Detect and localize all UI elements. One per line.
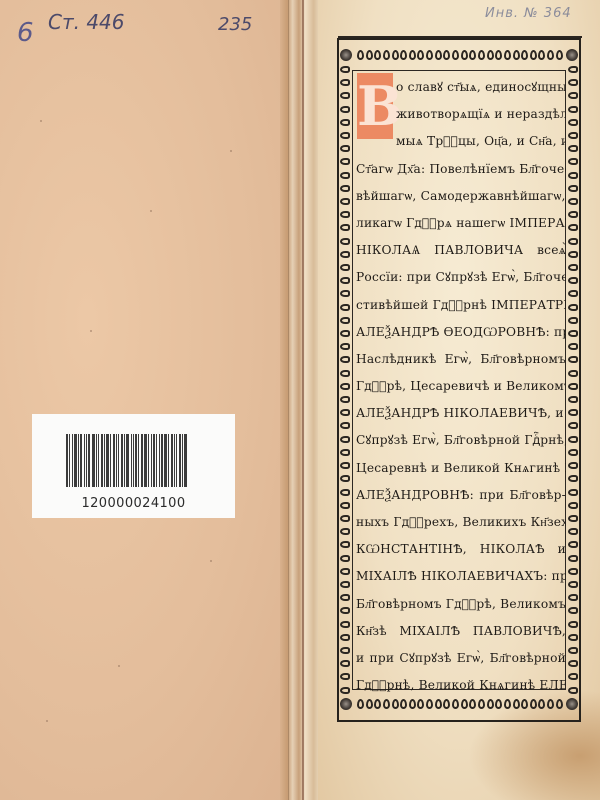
text-line: Гдⷭ҇рѣ, Цесаревичѣ и Великомъ Кн҃зѣ bbox=[356, 373, 566, 400]
ornament-loop-icon bbox=[392, 699, 399, 709]
ornament-loop-icon bbox=[340, 158, 350, 165]
paper-speck bbox=[90, 330, 92, 332]
text-line: вѣйшагѡ, Самодержавнѣйшагѡ, Ве- bbox=[356, 183, 566, 210]
ornament-loop-icon bbox=[340, 528, 350, 535]
ornament-loop-icon bbox=[568, 290, 578, 297]
ornament-loop-icon bbox=[568, 673, 578, 680]
text-line: мыѧ Трⷪ҇цы, Оц҃а, и Сн҃а, и bbox=[356, 128, 566, 155]
paper-speck bbox=[210, 560, 212, 562]
ornament-loop-icon bbox=[568, 594, 578, 601]
ornament-loop-icon bbox=[568, 634, 578, 641]
ornament-loop-icon bbox=[568, 568, 578, 575]
text-line: о славꙋ ст҃ыѧ, единосꙋщныѧ, bbox=[356, 74, 566, 101]
ornament-loop-icon bbox=[340, 66, 350, 73]
ornament-border-top bbox=[357, 48, 563, 62]
ornament-loop-icon bbox=[568, 502, 578, 509]
paper-speck bbox=[46, 720, 48, 722]
ornament-loop-icon bbox=[340, 634, 350, 641]
ornament-loop-icon bbox=[568, 172, 578, 179]
ornament-loop-icon bbox=[568, 396, 578, 403]
ornament-loop-icon bbox=[435, 699, 442, 709]
ornament-loop-icon bbox=[357, 50, 364, 60]
ornament-loop-icon bbox=[568, 581, 578, 588]
ornament-loop-icon bbox=[556, 50, 563, 60]
paper-speck bbox=[118, 665, 120, 667]
ornament-loop-icon bbox=[340, 568, 350, 575]
ornament-loop-icon bbox=[556, 699, 563, 709]
ornament-loop-icon bbox=[452, 50, 459, 60]
text-line: НІКОЛАѦ ПАВЛОВИЧА всеѧ̀ bbox=[356, 237, 566, 264]
ornament-loop-icon bbox=[340, 409, 350, 416]
dedication-text: о славꙋ ст҃ыѧ, единосꙋщныѧ,животворѧщїѧ … bbox=[356, 74, 566, 699]
ornament-loop-icon bbox=[568, 238, 578, 245]
ornament-loop-icon bbox=[568, 198, 578, 205]
text-line: Наслѣдникѣ Егѡ̀, Бл҃говѣрномъ bbox=[356, 346, 566, 373]
ornament-loop-icon bbox=[487, 50, 494, 60]
ornament-loop-icon bbox=[340, 238, 350, 245]
ornament-loop-icon bbox=[568, 489, 578, 496]
ornament-loop-icon bbox=[568, 106, 578, 113]
spine-crease bbox=[302, 0, 304, 800]
ornament-loop-icon bbox=[513, 699, 520, 709]
ornament-loop-icon bbox=[461, 50, 468, 60]
ornament-loop-icon bbox=[568, 370, 578, 377]
ornament-loop-icon bbox=[568, 79, 578, 86]
ornament-loop-icon bbox=[452, 699, 459, 709]
ornament-loop-icon bbox=[513, 50, 520, 60]
ornament-loop-icon bbox=[340, 370, 350, 377]
ornament-loop-icon bbox=[340, 198, 350, 205]
rosette-icon bbox=[340, 49, 352, 61]
ornament-loop-icon bbox=[340, 251, 350, 258]
ornament-loop-icon bbox=[340, 687, 350, 694]
book-spine-gutter bbox=[280, 0, 322, 800]
ornament-loop-icon bbox=[495, 699, 502, 709]
paper-speck bbox=[40, 120, 42, 122]
ornament-loop-icon bbox=[340, 502, 350, 509]
ornament-border-right bbox=[567, 66, 579, 694]
text-line: АЛЕѮАНДРѢ НІКОЛАЕВИЧѢ, и при bbox=[356, 400, 566, 427]
ornament-loop-icon bbox=[568, 515, 578, 522]
ornament-loop-icon bbox=[340, 673, 350, 680]
ornament-loop-icon bbox=[568, 436, 578, 443]
ornament-loop-icon bbox=[568, 119, 578, 126]
ornament-loop-icon bbox=[530, 699, 537, 709]
text-line: АЛЕѮАНДРѢ ѲЕОДѠРОВНѢ: при bbox=[356, 319, 566, 346]
ornament-loop-icon bbox=[568, 92, 578, 99]
ornament-loop-icon bbox=[340, 621, 350, 628]
text-line: Россїи: при Сꙋпрꙋзѣ Егѡ̀, Бл҃гоче- bbox=[356, 264, 566, 291]
ornament-loop-icon bbox=[568, 343, 578, 350]
barcode-icon bbox=[66, 434, 202, 487]
ornament-loop-icon bbox=[568, 528, 578, 535]
text-line: Кн҃зѣ МІХАІЛѢ ПАВЛОВИЧѢ, bbox=[356, 618, 566, 645]
rosette-icon bbox=[340, 698, 352, 710]
ornament-loop-icon bbox=[392, 50, 399, 60]
ornament-loop-icon bbox=[340, 449, 350, 456]
ornament-loop-icon bbox=[426, 699, 433, 709]
ornament-loop-icon bbox=[521, 699, 528, 709]
ornament-loop-icon bbox=[568, 277, 578, 284]
pencil-number-left: 6 bbox=[17, 18, 34, 48]
ornament-loop-icon bbox=[340, 92, 350, 99]
ornament-loop-icon bbox=[443, 50, 450, 60]
text-line: Гдⷭ҇рнѣ, Великой Кнѧгинѣ ЕЛЕНѢ bbox=[356, 672, 566, 699]
ornament-loop-icon bbox=[568, 317, 578, 324]
ornament-loop-icon bbox=[568, 66, 578, 73]
pencil-inventory-number: Инв. № 364 bbox=[485, 6, 572, 21]
library-barcode-label: 120000024100 bbox=[32, 414, 235, 518]
ornament-loop-icon bbox=[340, 541, 350, 548]
ornament-loop-icon bbox=[400, 50, 407, 60]
ornament-loop-icon bbox=[435, 50, 442, 60]
ornament-loop-icon bbox=[417, 699, 424, 709]
text-line: стивѣйшей Гдⷭ҇рнѣ ІМПЕРАТРІЦѢ bbox=[356, 292, 566, 319]
ornament-loop-icon bbox=[478, 50, 485, 60]
text-line: Цесаревнѣ и Великой Кнѧгинѣ МАРІИ bbox=[356, 455, 566, 482]
ornament-loop-icon bbox=[374, 699, 381, 709]
ornament-loop-icon bbox=[357, 699, 364, 709]
ornament-loop-icon bbox=[340, 462, 350, 469]
ornament-loop-icon bbox=[568, 660, 578, 667]
ornament-loop-icon bbox=[383, 699, 390, 709]
ornament-loop-icon bbox=[340, 356, 350, 363]
ornament-loop-icon bbox=[340, 383, 350, 390]
ornament-loop-icon bbox=[568, 330, 578, 337]
ornament-loop-icon bbox=[340, 489, 350, 496]
text-line: ликагѡ Гдⷭ҇рѧ нашегѡ ІМПЕРАТОРА bbox=[356, 210, 566, 237]
text-line: Бл҃говѣрномъ Гдⷭ҇рѣ, Великомъ bbox=[356, 591, 566, 618]
text-line: и при Сꙋпрꙋзѣ Егѡ̀, Бл҃говѣрной bbox=[356, 645, 566, 672]
ornament-loop-icon bbox=[568, 449, 578, 456]
ornament-loop-icon bbox=[568, 422, 578, 429]
ornament-loop-icon bbox=[340, 422, 350, 429]
ornament-loop-icon bbox=[568, 687, 578, 694]
ornament-loop-icon bbox=[568, 356, 578, 363]
text-line: КѠНСТАНТІНѢ, НІКОЛАѢ и bbox=[356, 536, 566, 563]
ornament-loop-icon bbox=[521, 50, 528, 60]
ornament-loop-icon bbox=[340, 475, 350, 482]
ornament-loop-icon bbox=[340, 581, 350, 588]
ornament-loop-icon bbox=[340, 211, 350, 218]
ornament-loop-icon bbox=[538, 699, 545, 709]
ornament-loop-icon bbox=[340, 555, 350, 562]
ornament-border-left bbox=[339, 66, 351, 694]
ornament-loop-icon bbox=[547, 50, 554, 60]
ornament-loop-icon bbox=[568, 541, 578, 548]
ornament-loop-icon bbox=[340, 132, 350, 139]
ornament-loop-icon bbox=[340, 79, 350, 86]
ornament-loop-icon bbox=[568, 224, 578, 231]
ornament-loop-icon bbox=[530, 50, 537, 60]
ornament-loop-icon bbox=[409, 50, 416, 60]
ornament-loop-icon bbox=[568, 555, 578, 562]
ornament-loop-icon bbox=[568, 145, 578, 152]
ornament-loop-icon bbox=[426, 50, 433, 60]
ornament-loop-icon bbox=[340, 172, 350, 179]
ornament-loop-icon bbox=[340, 224, 350, 231]
ornament-loop-icon bbox=[340, 106, 350, 113]
text-line: Ст҃агѡ Дх҃а: Повелѣнїемъ Бл҃гочести- bbox=[356, 156, 566, 183]
ornament-loop-icon bbox=[568, 264, 578, 271]
ornament-loop-icon bbox=[340, 290, 350, 297]
ornament-loop-icon bbox=[538, 50, 545, 60]
pencil-call-number: Ст. 446 bbox=[48, 10, 125, 34]
ornament-loop-icon bbox=[340, 317, 350, 324]
ornament-loop-icon bbox=[340, 396, 350, 403]
ornament-loop-icon bbox=[340, 594, 350, 601]
pencil-number-right: 235 bbox=[218, 14, 252, 35]
ornament-loop-icon bbox=[366, 699, 373, 709]
ornament-loop-icon bbox=[568, 251, 578, 258]
ornament-loop-icon bbox=[568, 647, 578, 654]
book-cover: 6 Ст. 446 235 120000024100 bbox=[0, 0, 290, 800]
ornament-loop-icon bbox=[340, 185, 350, 192]
ornament-loop-icon bbox=[568, 211, 578, 218]
ornament-loop-icon bbox=[568, 409, 578, 416]
ornament-loop-icon bbox=[340, 277, 350, 284]
text-line: Сꙋпрꙋзѣ Егѡ̀, Бл҃говѣрной Гдⷭ҇рнѣ, bbox=[356, 427, 566, 454]
ornament-loop-icon bbox=[487, 699, 494, 709]
text-line: животворѧщїѧ и нераздѣлї- bbox=[356, 101, 566, 128]
paper-speck bbox=[150, 210, 152, 212]
text-line: МІХАІЛѢ НІКОЛАЕВИЧАХЪ: при bbox=[356, 563, 566, 590]
spine-crease bbox=[288, 0, 289, 800]
ornament-loop-icon bbox=[340, 119, 350, 126]
ornament-loop-icon bbox=[340, 436, 350, 443]
rosette-icon bbox=[566, 698, 578, 710]
ornament-loop-icon bbox=[443, 699, 450, 709]
ornament-loop-icon bbox=[568, 475, 578, 482]
rosette-icon bbox=[566, 49, 578, 61]
ornament-loop-icon bbox=[366, 50, 373, 60]
ornament-loop-icon bbox=[340, 145, 350, 152]
barcode-number: 120000024100 bbox=[32, 496, 235, 511]
ornament-loop-icon bbox=[409, 699, 416, 709]
ornament-loop-icon bbox=[495, 50, 502, 60]
ornament-loop-icon bbox=[568, 607, 578, 614]
paper-speck bbox=[230, 150, 232, 152]
ornament-loop-icon bbox=[400, 699, 407, 709]
ornament-loop-icon bbox=[340, 660, 350, 667]
ornament-loop-icon bbox=[568, 304, 578, 311]
ornament-loop-icon bbox=[340, 264, 350, 271]
ornament-loop-icon bbox=[461, 699, 468, 709]
ornament-loop-icon bbox=[340, 304, 350, 311]
ornament-loop-icon bbox=[568, 132, 578, 139]
ornament-loop-icon bbox=[568, 185, 578, 192]
ornament-loop-icon bbox=[374, 50, 381, 60]
ornament-loop-icon bbox=[478, 699, 485, 709]
ornament-loop-icon bbox=[340, 647, 350, 654]
ornament-loop-icon bbox=[504, 50, 511, 60]
ornament-loop-icon bbox=[568, 158, 578, 165]
text-line: АЛЕѮАНДРОВНѢ: при Бл҃говѣр- bbox=[356, 482, 566, 509]
ornament-loop-icon bbox=[568, 383, 578, 390]
text-line: ныхъ Гдⷭ҇рехъ, Великихъ Кн҃зехъ: bbox=[356, 509, 566, 536]
ornament-loop-icon bbox=[568, 621, 578, 628]
ornament-loop-icon bbox=[504, 699, 511, 709]
ornament-loop-icon bbox=[469, 50, 476, 60]
ornament-loop-icon bbox=[547, 699, 554, 709]
ornament-loop-icon bbox=[340, 343, 350, 350]
ornament-loop-icon bbox=[340, 607, 350, 614]
ornament-loop-icon bbox=[469, 699, 476, 709]
ornament-loop-icon bbox=[568, 462, 578, 469]
ornament-loop-icon bbox=[340, 330, 350, 337]
ornament-loop-icon bbox=[417, 50, 424, 60]
ornament-loop-icon bbox=[340, 515, 350, 522]
ornament-loop-icon bbox=[383, 50, 390, 60]
